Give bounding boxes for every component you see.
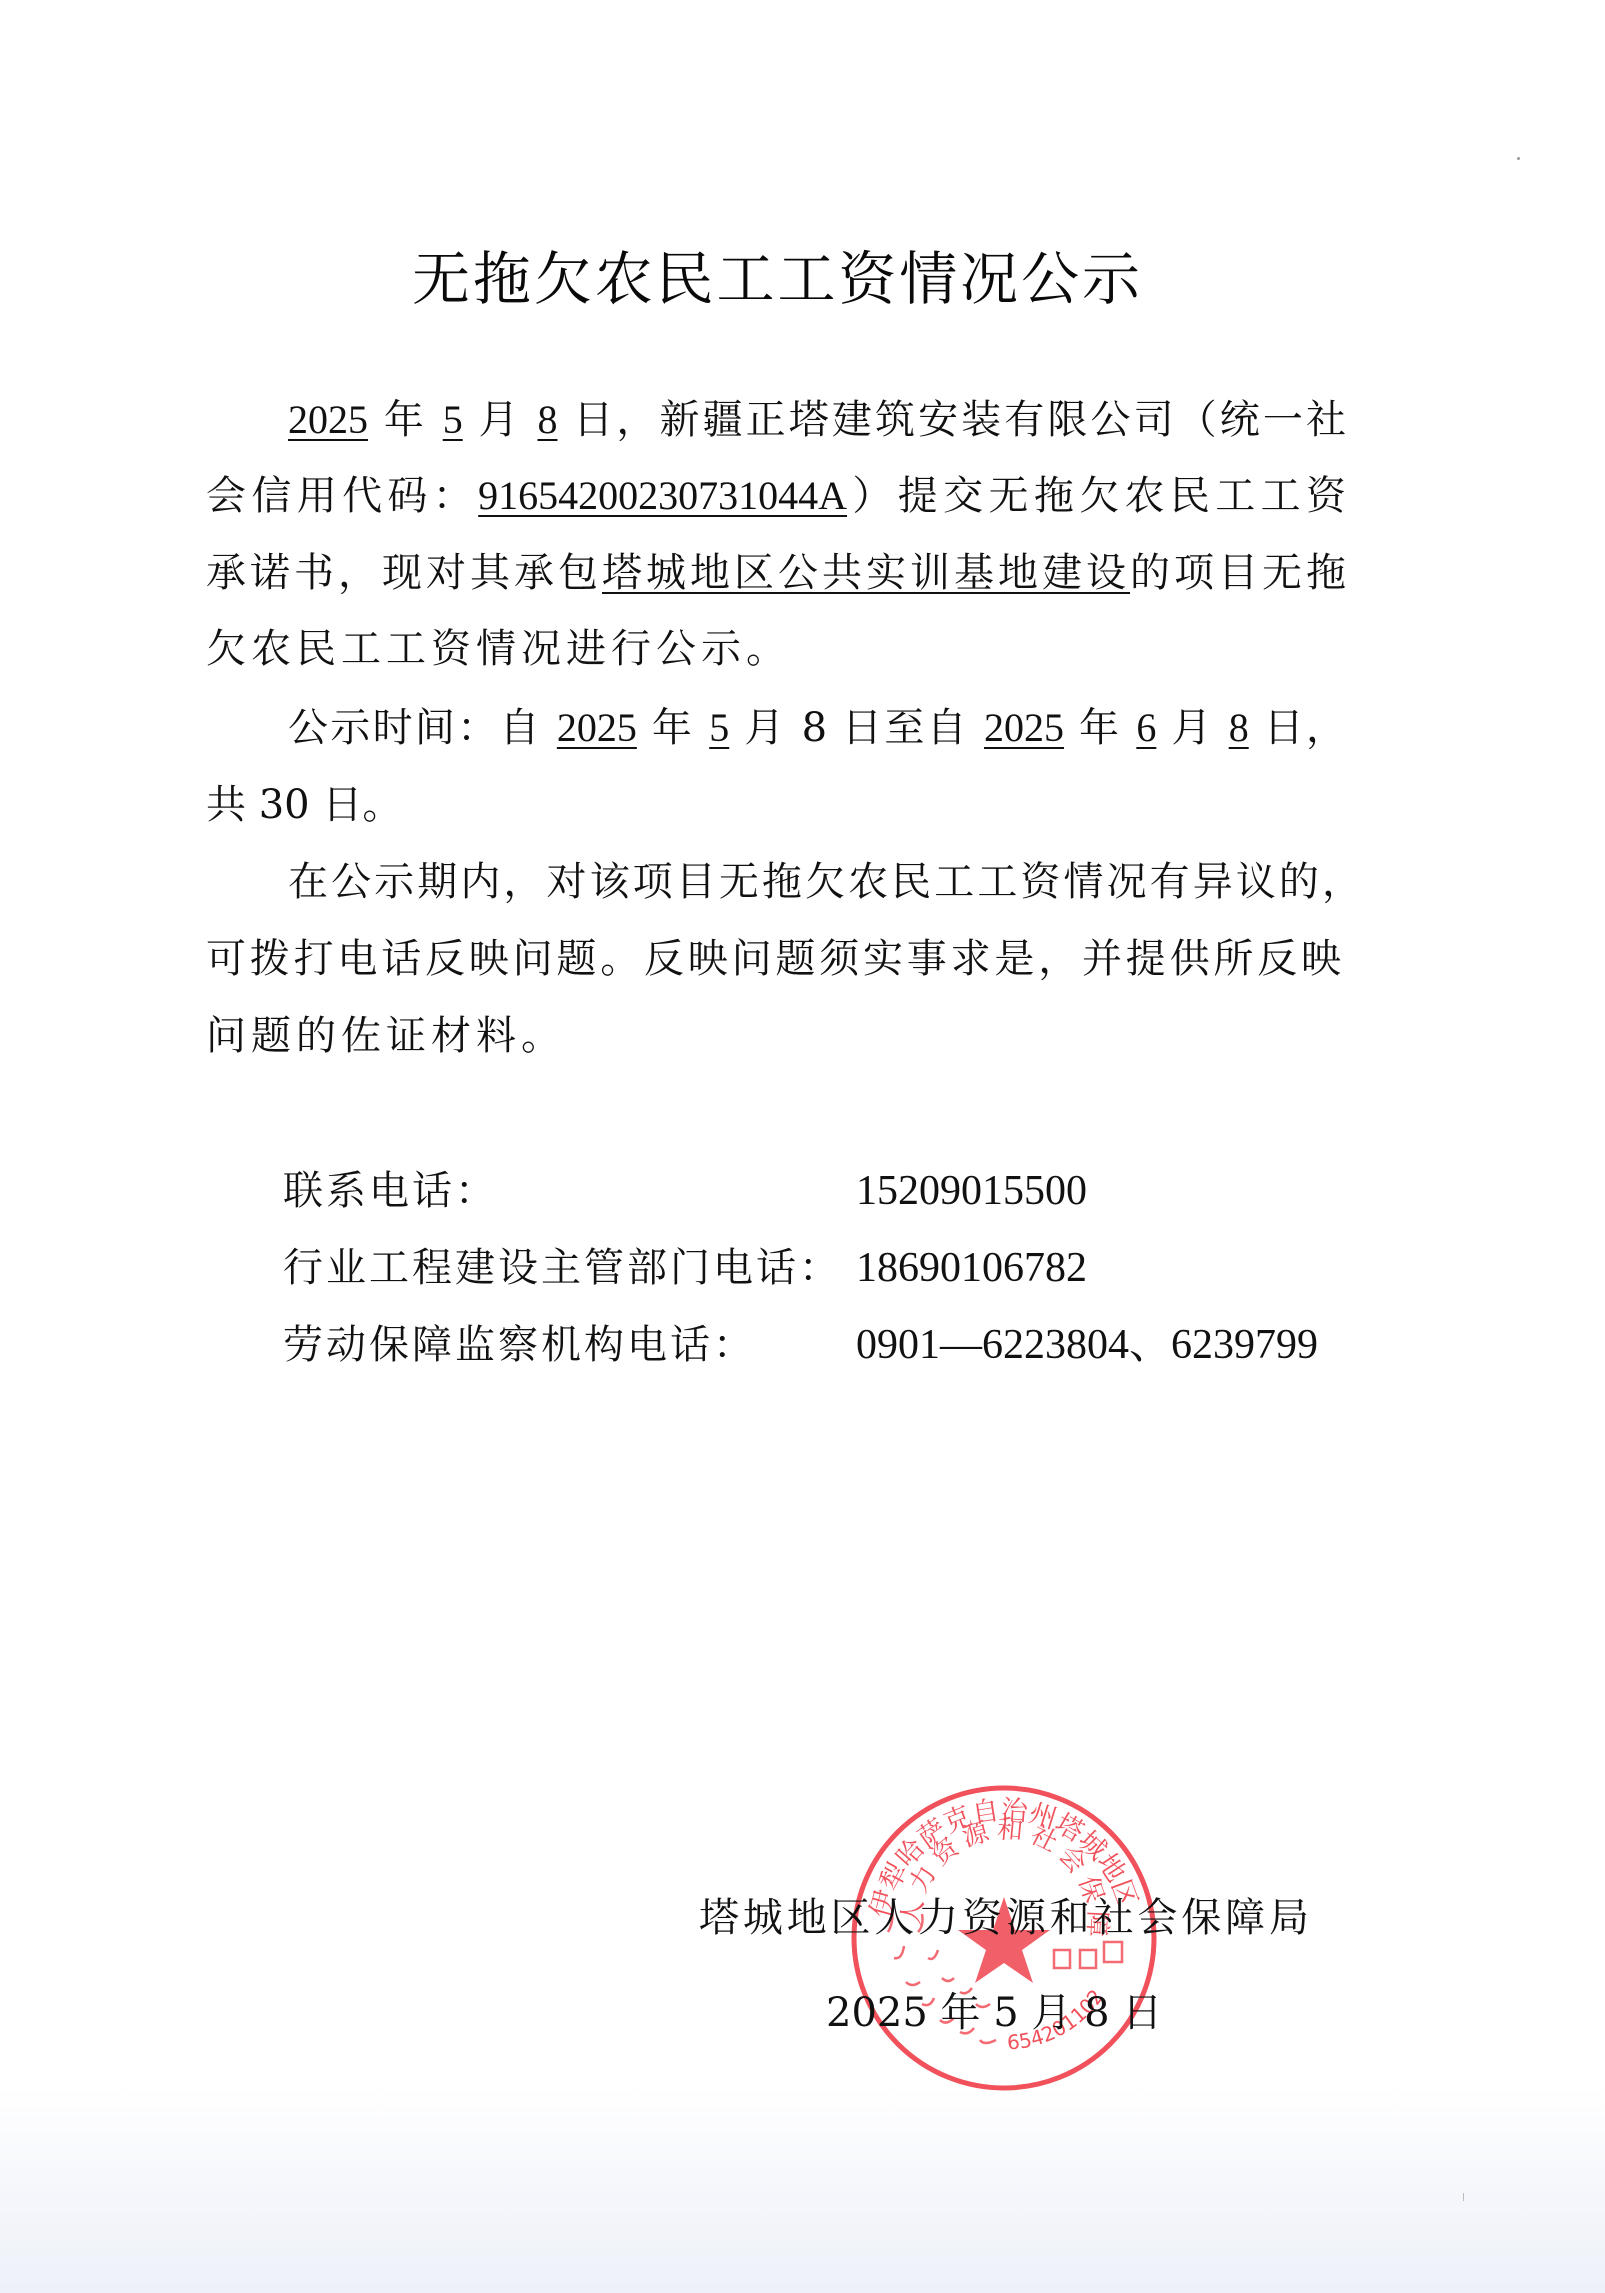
document-title: 无拖欠农民工工资情况公示 — [412, 244, 1142, 314]
contact-phone: 18690106782 — [856, 1242, 1087, 1294]
text-segment: 月 — [463, 397, 538, 443]
text-segment: 年 — [637, 705, 709, 751]
contact-label: 行业工程建设主管部门电话： — [283, 1242, 842, 1294]
underlined-field: 5 — [709, 705, 729, 750]
paragraph-2-line-2: 共 30 日。 — [206, 779, 402, 831]
underlined-field: 2025 — [557, 705, 637, 750]
contact-phone: 15209015500 — [856, 1165, 1087, 1217]
contact-label: 联系电话： — [283, 1165, 498, 1217]
text-segment: 欠农民工工资情况进行公示。 — [206, 626, 791, 672]
underlined-field: 2025 — [984, 705, 1064, 750]
text-segment: 承诺书，现对其承包 — [206, 550, 602, 596]
underlined-field: 91654200230731044A — [478, 473, 847, 518]
underlined-field: 6 — [1136, 705, 1156, 750]
paragraph-1-line-2: 会信用代码：91654200230731044A）提交无拖欠农民工工资 — [206, 470, 1346, 522]
paragraph-3-line-3: 问题的佐证材料。 — [206, 1010, 566, 1062]
scan-artifact — [1463, 2193, 1464, 2201]
underlined-field: 塔城地区公共实训基地建设 — [602, 550, 1130, 595]
underlined-field: 8 — [1229, 705, 1249, 750]
paragraph-3-line-2: 可拨打电话反映问题。反映问题须实事求是，并提供所反映 — [206, 933, 1341, 985]
text-segment: 月 — [1156, 705, 1228, 751]
underlined-field: 2025 — [288, 397, 368, 442]
paragraph-1-line-4: 欠农民工工资情况进行公示。 — [206, 623, 791, 675]
issue-date: 2025 年 5 月 8 日 — [826, 1987, 1138, 2039]
text-segment: 日， — [1249, 705, 1346, 751]
seal-right-text-marks — [1054, 1942, 1122, 1968]
scan-artifact — [1517, 157, 1520, 160]
text-segment: 年 — [1064, 705, 1136, 751]
text-segment: 年 — [368, 397, 443, 443]
text-segment: 会信用代码： — [206, 473, 478, 519]
paragraph-3-line-1: 在公示期内，对该项目无拖欠农民工工资情况有异议的， — [288, 856, 1362, 908]
paragraph-1-line-1: 2025 年 5 月 8 日，新疆正塔建筑安装有限公司（统一社 — [288, 394, 1346, 446]
underlined-field: 5 — [443, 397, 463, 442]
text-segment: ）提交无拖欠农民工工资 — [847, 473, 1346, 519]
paragraph-1-line-3: 承诺书，现对其承包塔城地区公共实训基地建设的项目无拖 — [206, 547, 1346, 599]
underlined-field: 8 — [537, 397, 557, 442]
contact-label: 劳动保障监察机构电话： — [283, 1319, 756, 1371]
contact-phone: 0901—6223804、6239799 — [856, 1319, 1318, 1371]
text-segment: 月 8 日至自 — [729, 705, 984, 751]
text-segment: 的项目无拖 — [1130, 550, 1346, 596]
text-segment: 共 30 日。 — [206, 782, 402, 828]
issuing-organization: 塔城地区人力资源和社会保障局 — [699, 1892, 1309, 1944]
text-segment: 日，新疆正塔建筑安装有限公司（统一社 — [557, 397, 1346, 443]
paragraph-2-line-1: 公示时间：自 2025 年 5 月 8 日至自 2025 年 6 月 8 日， — [288, 702, 1346, 754]
text-segment: 公示时间：自 — [288, 705, 557, 751]
